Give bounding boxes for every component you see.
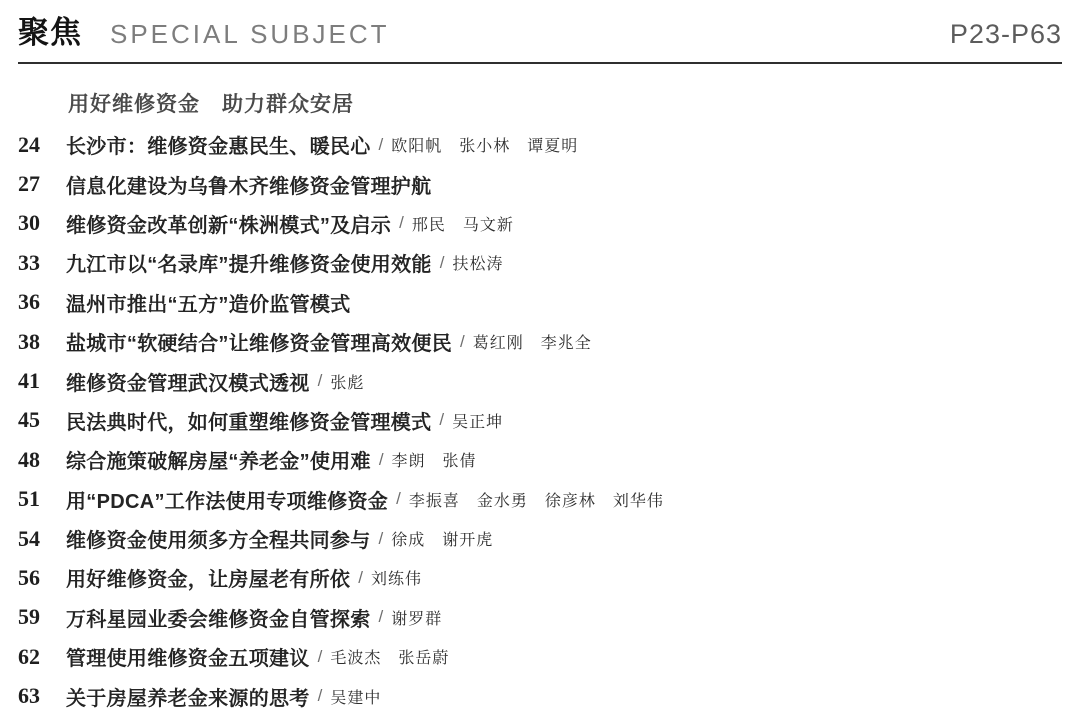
entry-title: 民法典时代，如何重塑维修资金管理模式 bbox=[66, 406, 431, 435]
toc-entry: 63 关于房屋养老金来源的思考 / 吴建中 bbox=[18, 676, 1062, 715]
entry-title: 维修资金改革创新“株洲模式”及启示 bbox=[66, 209, 391, 238]
section-title-cn: 聚焦 bbox=[18, 15, 82, 51]
author-separator: / bbox=[379, 529, 384, 549]
entry-title: 管理使用维修资金五项建议 bbox=[66, 642, 310, 671]
toc-entry: 62 管理使用维修资金五项建议 / 毛波杰 张岳蔚 bbox=[18, 637, 1062, 676]
entry-page-number: 41 bbox=[18, 368, 66, 394]
section-header: 聚焦 SPECIAL SUBJECT P23-P63 bbox=[0, 0, 1080, 51]
author-separator: / bbox=[396, 489, 401, 509]
author-separator: / bbox=[379, 450, 384, 470]
entry-authors: 欧阳帆 张小林 谭夏明 bbox=[391, 133, 578, 156]
entry-authors: 吴建中 bbox=[330, 685, 381, 708]
entry-title: 综合施策破解房屋“养老金”使用难 bbox=[66, 445, 371, 474]
entry-page-number: 38 bbox=[18, 329, 66, 355]
page-range: P23-P63 bbox=[950, 19, 1062, 50]
entry-authors: 李朗 张倩 bbox=[392, 448, 477, 471]
entry-page-number: 62 bbox=[18, 644, 66, 670]
entry-authors: 葛红刚 李兆全 bbox=[473, 330, 592, 353]
toc-entry: 24 长沙市：维修资金惠民生、暖民心 / 欧阳帆 张小林 谭夏明 bbox=[18, 125, 1062, 164]
entry-page-number: 48 bbox=[18, 447, 66, 473]
entry-page-number: 24 bbox=[18, 132, 66, 158]
entry-authors: 徐成 谢开虎 bbox=[391, 527, 493, 550]
entry-title: 九江市以“名录库”提升维修资金使用效能 bbox=[66, 248, 432, 277]
author-separator: / bbox=[358, 568, 363, 588]
entry-authors: 谢罗群 bbox=[391, 606, 442, 629]
entry-authors: 毛波杰 张岳蔚 bbox=[330, 645, 449, 668]
entry-page-number: 27 bbox=[18, 171, 66, 197]
entry-authors: 张彪 bbox=[330, 370, 364, 393]
toc-page: 聚焦 SPECIAL SUBJECT P23-P63 用好维修资金 助力群众安居… bbox=[0, 0, 1080, 723]
entry-authors: 刘练伟 bbox=[371, 566, 422, 589]
entry-page-number: 30 bbox=[18, 210, 66, 236]
toc-entry: 36 温州市推出“五方”造价监管模式 bbox=[18, 283, 1062, 322]
author-separator: / bbox=[379, 607, 384, 627]
entry-title: 长沙市：维修资金惠民生、暖民心 bbox=[66, 130, 371, 159]
toc-entry: 45 民法典时代，如何重塑维修资金管理模式 / 吴正坤 bbox=[18, 401, 1062, 440]
header-divider bbox=[18, 62, 1062, 64]
toc-entry: 38 盐城市“软硬结合”让维修资金管理高效便民 / 葛红刚 李兆全 bbox=[18, 322, 1062, 361]
author-separator: / bbox=[318, 686, 323, 706]
author-separator: / bbox=[318, 371, 323, 391]
toc-entry: 56 用好维修资金，让房屋老有所依 / 刘练伟 bbox=[18, 558, 1062, 597]
entry-page-number: 36 bbox=[18, 289, 66, 315]
toc-entry: 30 维修资金改革创新“株洲模式”及启示 / 邢民 马文新 bbox=[18, 204, 1062, 243]
author-separator: / bbox=[460, 332, 465, 352]
toc-entry: 48 综合施策破解房屋“养老金”使用难 / 李朗 张倩 bbox=[18, 440, 1062, 479]
entry-page-number: 54 bbox=[18, 526, 66, 552]
group-title: 用好维修资金 助力群众安居 bbox=[68, 88, 1080, 118]
entry-title: 信息化建设为乌鲁木齐维修资金管理护航 bbox=[66, 170, 431, 199]
author-separator: / bbox=[399, 213, 404, 233]
author-separator: / bbox=[379, 135, 384, 155]
author-separator: / bbox=[318, 647, 323, 667]
entry-title: 盐城市“软硬结合”让维修资金管理高效便民 bbox=[66, 327, 452, 356]
entry-page-number: 56 bbox=[18, 565, 66, 591]
toc-entry: 51 用“PDCA”工作法使用专项维修资金 / 李振喜 金水勇 徐彦林 刘华伟 bbox=[18, 480, 1062, 519]
toc-entry: 33 九江市以“名录库”提升维修资金使用效能 / 扶松涛 bbox=[18, 243, 1062, 282]
entry-page-number: 51 bbox=[18, 486, 66, 512]
author-separator: / bbox=[440, 253, 445, 273]
entry-title: 用好维修资金，让房屋老有所依 bbox=[66, 563, 350, 592]
entry-title: 温州市推出“五方”造价监管模式 bbox=[66, 288, 351, 317]
entry-title: 维修资金管理武汉模式透视 bbox=[66, 367, 310, 396]
entry-title: 用“PDCA”工作法使用专项维修资金 bbox=[66, 485, 388, 514]
toc-list: 24 长沙市：维修资金惠民生、暖民心 / 欧阳帆 张小林 谭夏明 27 信息化建… bbox=[0, 125, 1080, 716]
toc-entry: 59 万科星园业委会维修资金自管探索 / 谢罗群 bbox=[18, 598, 1062, 637]
toc-entry: 27 信息化建设为乌鲁木齐维修资金管理护航 bbox=[18, 164, 1062, 203]
entry-authors: 扶松涛 bbox=[452, 251, 503, 274]
author-separator: / bbox=[439, 410, 444, 430]
toc-entry: 54 维修资金使用须多方全程共同参与 / 徐成 谢开虎 bbox=[18, 519, 1062, 558]
entry-authors: 邢民 马文新 bbox=[412, 212, 514, 235]
entry-title: 关于房屋养老金来源的思考 bbox=[66, 682, 310, 711]
entry-title: 维修资金使用须多方全程共同参与 bbox=[66, 524, 371, 553]
entry-page-number: 59 bbox=[18, 604, 66, 630]
entry-authors: 李振喜 金水勇 徐彦林 刘华伟 bbox=[409, 488, 664, 511]
section-title-en: SPECIAL SUBJECT bbox=[110, 19, 390, 50]
entry-title: 万科星园业委会维修资金自管探索 bbox=[66, 603, 371, 632]
entry-page-number: 33 bbox=[18, 250, 66, 276]
toc-entry: 41 维修资金管理武汉模式透视 / 张彪 bbox=[18, 361, 1062, 400]
entry-page-number: 45 bbox=[18, 407, 66, 433]
entry-page-number: 63 bbox=[18, 683, 66, 709]
entry-authors: 吴正坤 bbox=[452, 409, 503, 432]
